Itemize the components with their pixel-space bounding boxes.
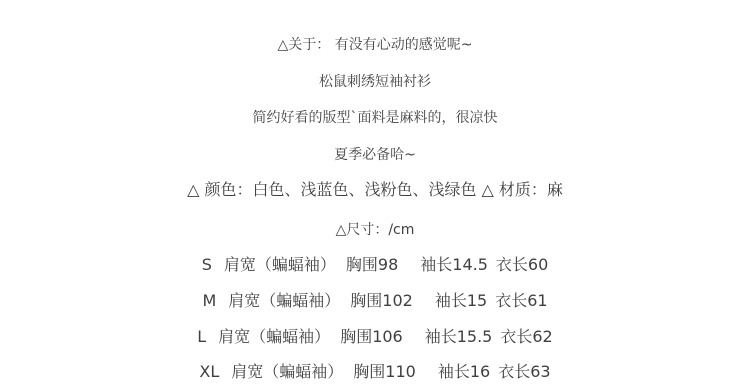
bust-value: 胸围102: [350, 291, 413, 311]
bust-value: 胸围106: [340, 327, 403, 347]
sleeve-value: 袖长15.5: [425, 327, 493, 347]
length-value: 衣长63: [498, 362, 550, 382]
size-row-m: M 肩宽（蝙蝠袖） 胸围102 袖长15 衣长61: [0, 291, 750, 311]
bust-value: 胸围110: [353, 362, 416, 382]
size-label: M: [202, 291, 216, 311]
style-fabric-line: 简约好看的版型`面料是麻料的，很凉快: [0, 108, 750, 128]
length-value: 衣长60: [496, 255, 548, 275]
size-label: XL: [199, 362, 219, 382]
length-value: 衣长61: [495, 291, 547, 311]
size-row-xl: XL 肩宽（蝙蝠袖） 胸围110 袖长16 衣长63: [0, 362, 750, 382]
shoulder-value: 肩宽（蝙蝠袖）: [231, 362, 343, 382]
size-label: L: [197, 327, 206, 347]
size-chart-header: △尺寸：/cm: [0, 220, 750, 240]
size-row-l: L 肩宽（蝙蝠袖） 胸围106 袖长15.5 衣长62: [0, 327, 750, 347]
about-line: △关于： 有没有心动的感觉呢~: [0, 35, 750, 55]
season-line: 夏季必备哈~: [0, 145, 750, 165]
bust-value: 胸围98: [346, 255, 398, 275]
sleeve-value: 袖长16: [438, 362, 490, 382]
product-title: 松鼠刺绣短袖衬衫: [0, 72, 750, 92]
color-material-line: △ 颜色：白色、浅蓝色、浅粉色、浅绿色 △ 材质：麻: [0, 180, 750, 200]
shoulder-value: 肩宽（蝙蝠袖）: [218, 327, 330, 347]
shoulder-value: 肩宽（蝙蝠袖）: [224, 255, 336, 275]
sleeve-value: 袖长15: [435, 291, 487, 311]
product-description-page: △关于： 有没有心动的感觉呢~ 松鼠刺绣短袖衬衫 简约好看的版型`面料是麻料的，…: [0, 0, 750, 389]
size-label: S: [202, 255, 212, 275]
shoulder-value: 肩宽（蝙蝠袖）: [228, 291, 340, 311]
sleeve-value: 袖长14.5: [420, 255, 488, 275]
size-row-s: S 肩宽（蝙蝠袖） 胸围98 袖长14.5 衣长60: [0, 255, 750, 275]
length-value: 衣长62: [500, 327, 552, 347]
